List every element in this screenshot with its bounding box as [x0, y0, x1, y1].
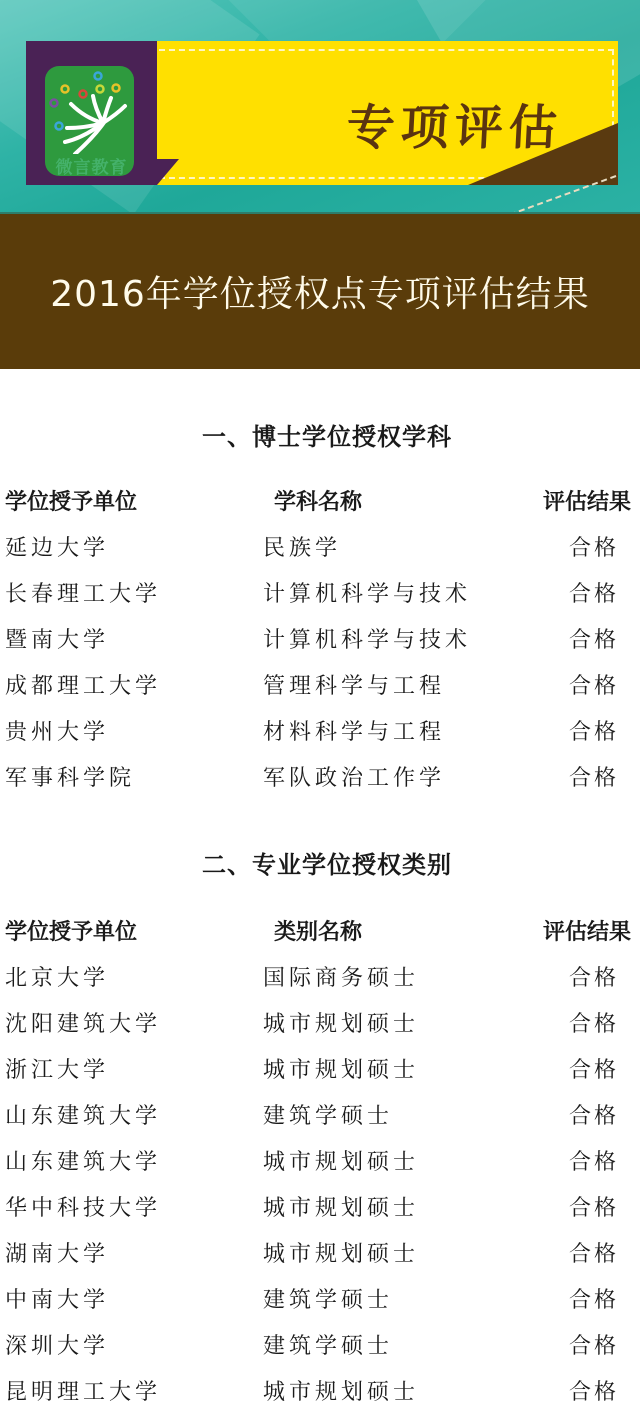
- cell-name: 计算机科学与技术: [263, 623, 471, 654]
- column-header-unit: 学位授予单位: [5, 485, 137, 516]
- cell-result: 合格: [569, 1283, 619, 1314]
- cell-name: 管理科学与工程: [263, 669, 445, 700]
- cell-result: 合格: [569, 715, 619, 746]
- table-row: 浙江大学 城市规划硕士 合格: [0, 1049, 640, 1095]
- dandelion-icon: [45, 66, 134, 154]
- section-heading: 一、博士学位授权学科: [0, 369, 640, 481]
- cell-unit: 深圳大学: [5, 1329, 109, 1360]
- cell-unit: 山东建筑大学: [5, 1099, 161, 1130]
- table-header: 学位授予单位 类别名称 评估结果: [0, 911, 640, 957]
- column-header-name: 学科名称: [274, 485, 362, 516]
- cell-result: 合格: [569, 1145, 619, 1176]
- table-row: 山东建筑大学 建筑学硕士 合格: [0, 1095, 640, 1141]
- cell-unit: 昆明理工大学: [5, 1375, 161, 1406]
- section-doctoral: 一、博士学位授权学科 学位授予单位 学科名称 评估结果 延边大学 民族学 合格 …: [0, 369, 640, 803]
- cell-result: 合格: [569, 1329, 619, 1360]
- title-bar: 2016年学位授权点专项评估结果: [0, 212, 640, 369]
- cell-result: 合格: [569, 1007, 619, 1038]
- cell-name: 城市规划硕士: [263, 1237, 419, 1268]
- table-row: 深圳大学 建筑学硕士 合格: [0, 1325, 640, 1371]
- cell-result: 合格: [569, 1237, 619, 1268]
- table-row: 暨南大学 计算机科学与技术 合格: [0, 619, 640, 665]
- cell-result: 合格: [569, 577, 619, 608]
- table-row: 贵州大学 材料科学与工程 合格: [0, 711, 640, 757]
- table-row: 中南大学 建筑学硕士 合格: [0, 1279, 640, 1325]
- header-banner: 专项评估: [0, 0, 640, 212]
- table-row: 华中科技大学 城市规划硕士 合格: [0, 1187, 640, 1233]
- cell-unit: 华中科技大学: [5, 1191, 161, 1222]
- banner-title: 专项评估: [345, 89, 565, 158]
- cell-result: 合格: [569, 1053, 619, 1084]
- cell-unit: 长春理工大学: [5, 577, 161, 608]
- brand-name: 微言教育: [26, 153, 157, 178]
- banner-label-card: 专项评估: [26, 41, 618, 212]
- logo-tail: [157, 159, 179, 185]
- cell-unit: 中南大学: [5, 1283, 109, 1314]
- column-header-result: 评估结果: [543, 485, 631, 516]
- table-row: 昆明理工大学 城市规划硕士 合格: [0, 1371, 640, 1417]
- table-header: 学位授予单位 学科名称 评估结果: [0, 481, 640, 527]
- cell-unit: 成都理工大学: [5, 669, 161, 700]
- cell-unit: 军事科学院: [5, 761, 135, 792]
- cell-name: 计算机科学与技术: [263, 577, 471, 608]
- cell-unit: 贵州大学: [5, 715, 109, 746]
- table-row: 延边大学 民族学 合格: [0, 527, 640, 573]
- cell-unit: 湖南大学: [5, 1237, 109, 1268]
- cell-result: 合格: [569, 1099, 619, 1130]
- brand-logo: 微言教育: [26, 41, 157, 185]
- cell-name: 城市规划硕士: [263, 1375, 419, 1406]
- cell-unit: 山东建筑大学: [5, 1145, 161, 1176]
- table-row: 北京大学 国际商务硕士 合格: [0, 957, 640, 1003]
- column-header-unit: 学位授予单位: [5, 915, 137, 946]
- cell-result: 合格: [569, 1375, 619, 1406]
- cell-unit: 暨南大学: [5, 623, 109, 654]
- table-row: 沈阳建筑大学 城市规划硕士 合格: [0, 1003, 640, 1049]
- table-row: 山东建筑大学 城市规划硕士 合格: [0, 1141, 640, 1187]
- cell-name: 城市规划硕士: [263, 1191, 419, 1222]
- cell-result: 合格: [569, 1191, 619, 1222]
- cell-name: 建筑学硕士: [263, 1283, 393, 1314]
- cell-result: 合格: [569, 531, 619, 562]
- cell-name: 军队政治工作学: [263, 761, 445, 792]
- cell-name: 城市规划硕士: [263, 1053, 419, 1084]
- table-row: 成都理工大学 管理科学与工程 合格: [0, 665, 640, 711]
- cell-unit: 沈阳建筑大学: [5, 1007, 161, 1038]
- table-row: 军事科学院 军队政治工作学 合格: [0, 757, 640, 803]
- cell-unit: 浙江大学: [5, 1053, 109, 1084]
- cell-result: 合格: [569, 623, 619, 654]
- cell-name: 材料科学与工程: [263, 715, 445, 746]
- table-row: 湖南大学 城市规划硕士 合格: [0, 1233, 640, 1279]
- cell-name: 建筑学硕士: [263, 1099, 393, 1130]
- cell-unit: 北京大学: [5, 961, 109, 992]
- column-header-name: 类别名称: [274, 915, 362, 946]
- section-professional: 二、专业学位授权类别 学位授予单位 类别名称 评估结果 北京大学 国际商务硕士 …: [0, 803, 640, 1417]
- cell-result: 合格: [569, 961, 619, 992]
- cell-name: 城市规划硕士: [263, 1145, 419, 1176]
- cell-name: 民族学: [263, 531, 341, 562]
- section-heading: 二、专业学位授权类别: [0, 803, 640, 911]
- banner-yellow-panel: 专项评估: [157, 41, 618, 185]
- page-title: 2016年学位授权点专项评估结果: [50, 266, 590, 317]
- cell-name: 建筑学硕士: [263, 1329, 393, 1360]
- cell-result: 合格: [569, 761, 619, 792]
- cell-result: 合格: [569, 669, 619, 700]
- cell-name: 国际商务硕士: [263, 961, 419, 992]
- cell-unit: 延边大学: [5, 531, 109, 562]
- table-row: 长春理工大学 计算机科学与技术 合格: [0, 573, 640, 619]
- cell-name: 城市规划硕士: [263, 1007, 419, 1038]
- column-header-result: 评估结果: [543, 915, 631, 946]
